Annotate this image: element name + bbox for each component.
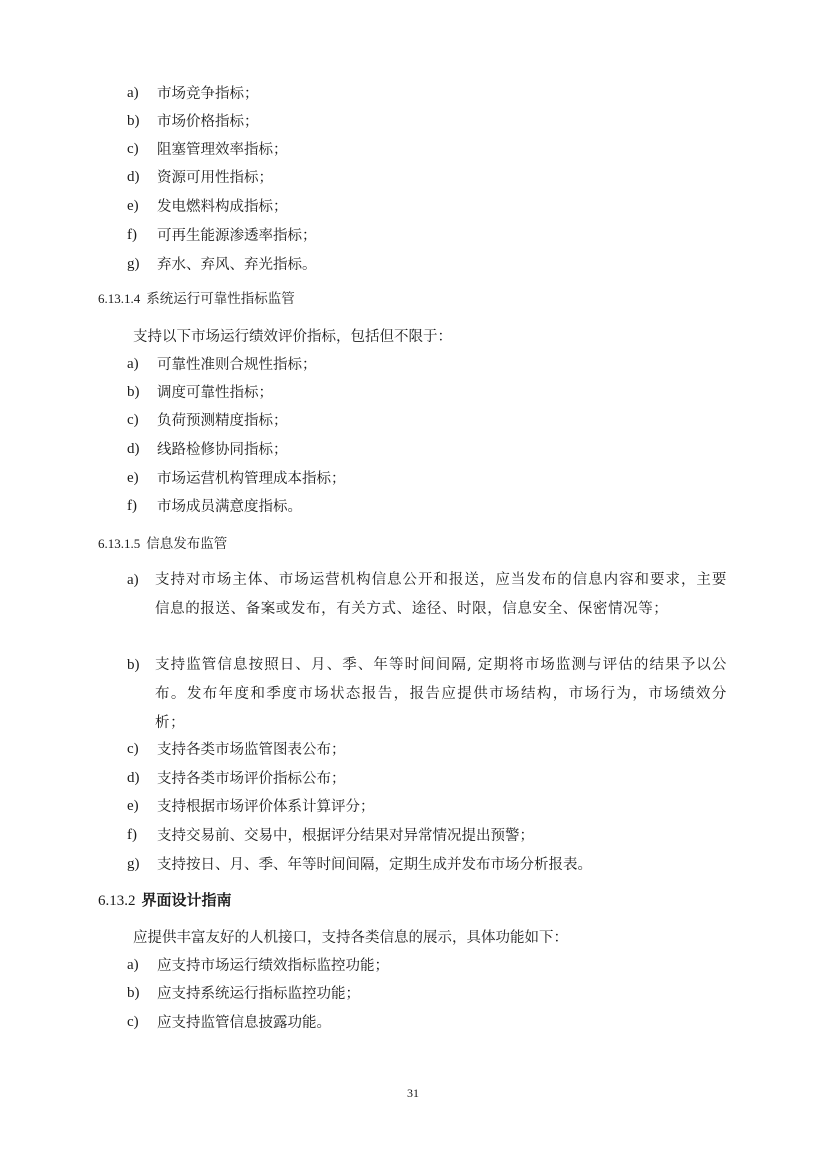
list-marker: g) [127, 856, 140, 873]
list-marker: e) [127, 798, 139, 815]
list-item: 弃水、弃风、弃光指标。 [157, 255, 317, 275]
list-marker: g) [127, 256, 140, 273]
list-item: 市场运营机构管理成本指标； [157, 469, 346, 489]
list-item: 支持按日、月、季、年等时间间隔，定期生成并发布市场分析报表。 [157, 855, 592, 875]
list-marker: d) [127, 441, 140, 458]
section-title: 系统运行可靠性指标监管 [146, 291, 295, 307]
list-marker: d) [127, 169, 140, 186]
list-marker: b) [127, 985, 140, 1002]
list-item: 应支持市场运行绩效指标监控功能； [157, 956, 389, 976]
section-heading-6-13-1-4: 6.13.1.4系统运行可靠性指标监管 [98, 289, 295, 309]
list-marker: c) [127, 1014, 139, 1031]
list-marker: a) [127, 957, 139, 974]
list-marker: f) [127, 227, 137, 244]
list-marker: c) [127, 741, 139, 758]
section-number: 6.13.2 [98, 893, 136, 909]
list-item: 应支持系统运行指标监控功能； [157, 984, 360, 1004]
section-heading-6-13-1-5: 6.13.1.5信息发布监管 [98, 534, 227, 554]
section-intro: 支持以下市场运行绩效评价指标，包括但不限于： [133, 327, 452, 347]
section-number: 6.13.1.5 [98, 536, 140, 551]
list-item: 调度可靠性指标； [157, 383, 273, 403]
section-number: 6.13.1.4 [98, 291, 140, 306]
page-number: 31 [407, 1086, 419, 1101]
list-item: 可再生能源渗透率指标； [157, 226, 317, 246]
section-intro: 应提供丰富友好的人机接口，支持各类信息的展示，具体功能如下： [133, 928, 568, 948]
list-item: 支持交易前、交易中，根据评分结果对异常情况提出预警； [157, 826, 534, 846]
list-item: 负荷预测精度指标； [157, 411, 288, 431]
list-marker: a) [127, 356, 139, 373]
list-item: 市场价格指标； [157, 112, 259, 132]
list-marker: e) [127, 470, 139, 487]
list-item: 阻塞管理效率指标； [157, 140, 288, 160]
list-marker: e) [127, 198, 139, 215]
list-item: 应支持监管信息披露功能。 [157, 1013, 331, 1033]
list-marker: c) [127, 141, 139, 158]
list-marker: f) [127, 498, 137, 515]
section-heading-6-13-2: 6.13.2界面设计指南 [98, 890, 232, 911]
list-marker: a) [127, 572, 139, 589]
list-marker: b) [127, 384, 140, 401]
list-marker: f) [127, 827, 137, 844]
list-item: 市场竞争指标； [157, 84, 259, 104]
section-title: 信息发布监管 [146, 536, 227, 552]
list-item: 支持各类市场评价指标公布； [157, 769, 346, 789]
list-item: 支持各类市场监管图表公布； [157, 740, 346, 760]
list-marker: b) [127, 657, 140, 674]
list-item: 市场成员满意度指标。 [157, 497, 302, 517]
list-marker: d) [127, 770, 140, 787]
list-marker: b) [127, 113, 140, 130]
list-item: 可靠性准则合规性指标； [157, 355, 317, 375]
list-item: 资源可用性指标； [157, 168, 273, 188]
list-item: 支持对市场主体、市场运营机构信息公开和报送，应当发布的信息内容和要求，主要信息的… [155, 566, 727, 624]
section-title: 界面设计指南 [142, 891, 232, 909]
list-item: 支持根据市场评价体系计算评分； [157, 797, 375, 817]
list-marker: c) [127, 412, 139, 429]
list-marker: a) [127, 85, 139, 102]
list-item: 发电燃料构成指标； [157, 197, 288, 217]
list-item: 线路检修协同指标； [157, 440, 288, 460]
list-item: 支持监管信息按照日、月、季、年等时间间隔, 定期将市场监测与评估的结果予以公布。… [155, 651, 727, 738]
